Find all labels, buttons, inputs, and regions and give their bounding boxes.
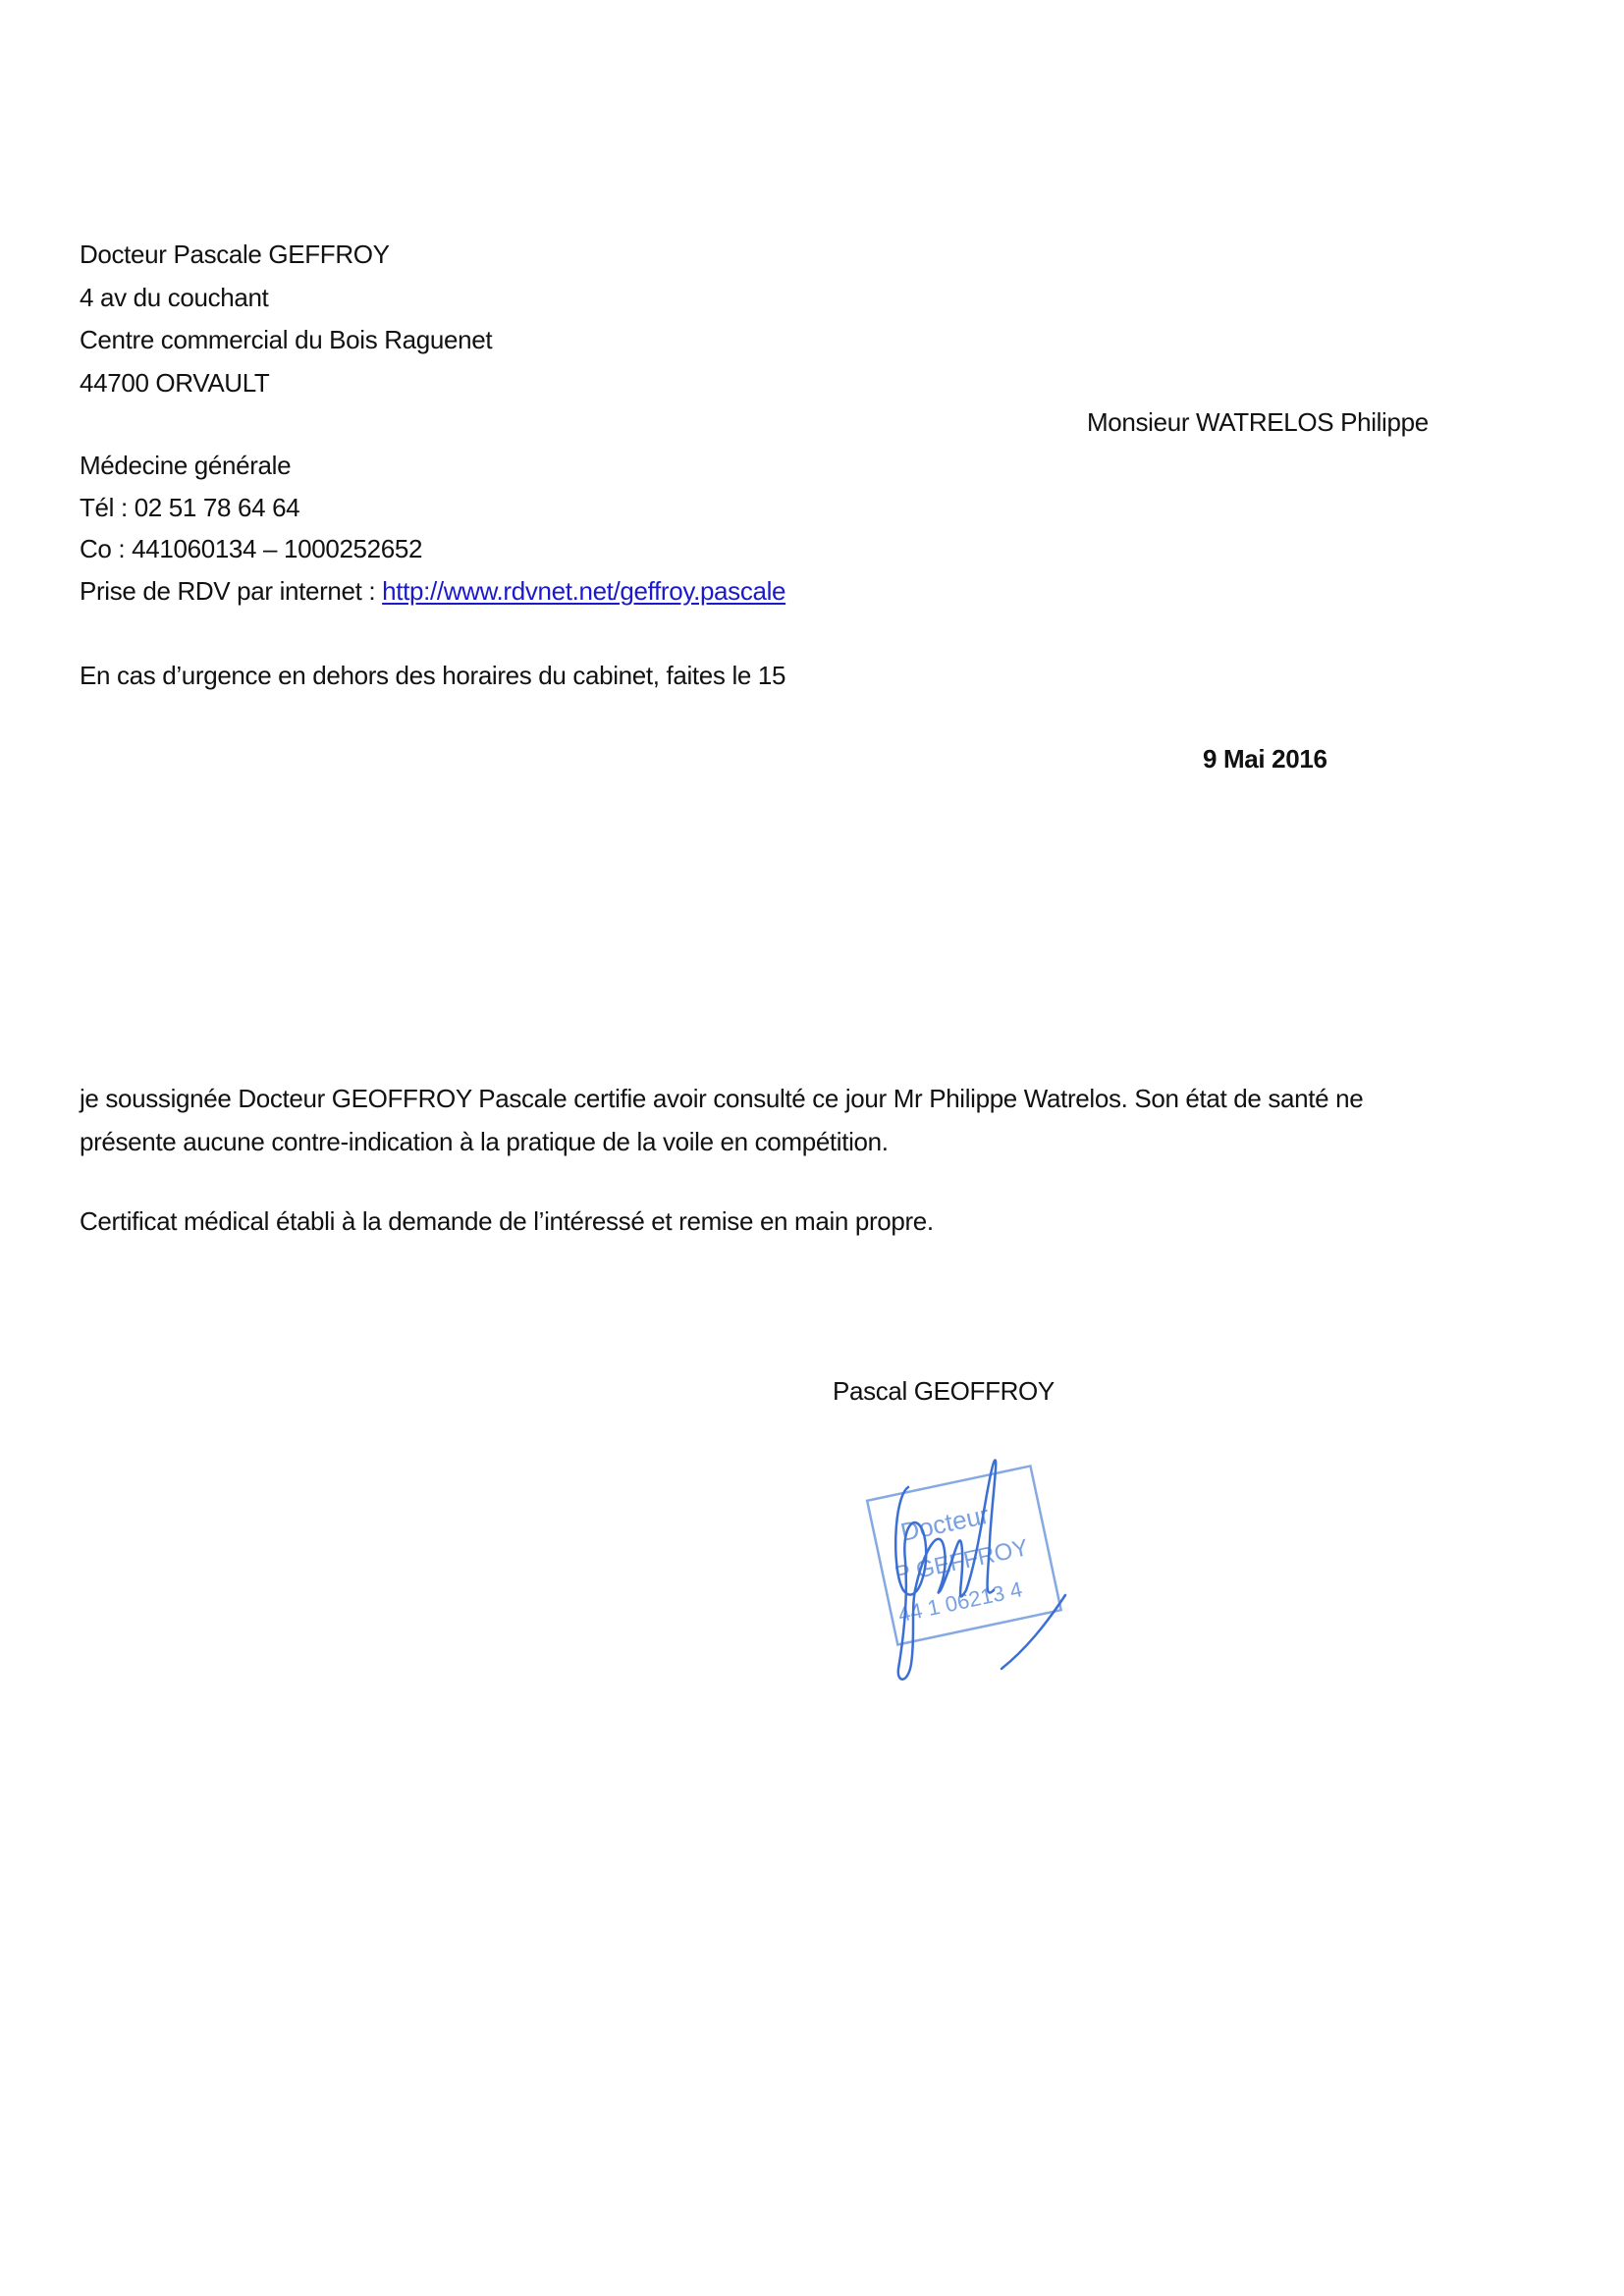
emergency-note: En cas d’urgence en dehors des horaires … [80,661,785,690]
signatory-name: Pascal GEOFFROY [833,1376,1055,1406]
sender-specialty: Médecine générale [80,451,291,480]
body-paragraph1-line2: présente aucune contre-indication à la p… [80,1127,889,1156]
appointment-link[interactable]: http://www.rdvnet.net/geffroy.pascale [382,576,785,606]
body-paragraph2: Certificat médical établi à la demande d… [80,1206,934,1236]
sender-codes: Co : 441060134 – 1000252652 [80,534,422,563]
sender-name: Docteur Pascale GEFFROY [80,240,390,269]
letter-date: 9 Mai 2016 [1203,744,1327,774]
appointment-line: Prise de RDV par internet : http://www.r… [80,576,785,606]
sender-address-line2: Centre commercial du Bois Raguenet [80,325,492,354]
signature-stamp: Docteur P GEFFROY 44 1 06213 4 [864,1443,1100,1698]
body-paragraph1-line1: je soussignée Docteur GEOFFROY Pascale c… [80,1084,1363,1113]
sender-address-line1: 4 av du couchant [80,283,268,312]
sender-phone: Tél : 02 51 78 64 64 [80,493,299,522]
sender-postal-city: 44700 ORVAULT [80,368,269,398]
recipient-name: Monsieur WATRELOS Philippe [1087,407,1429,437]
appointment-label: Prise de RDV par internet : [80,576,382,606]
